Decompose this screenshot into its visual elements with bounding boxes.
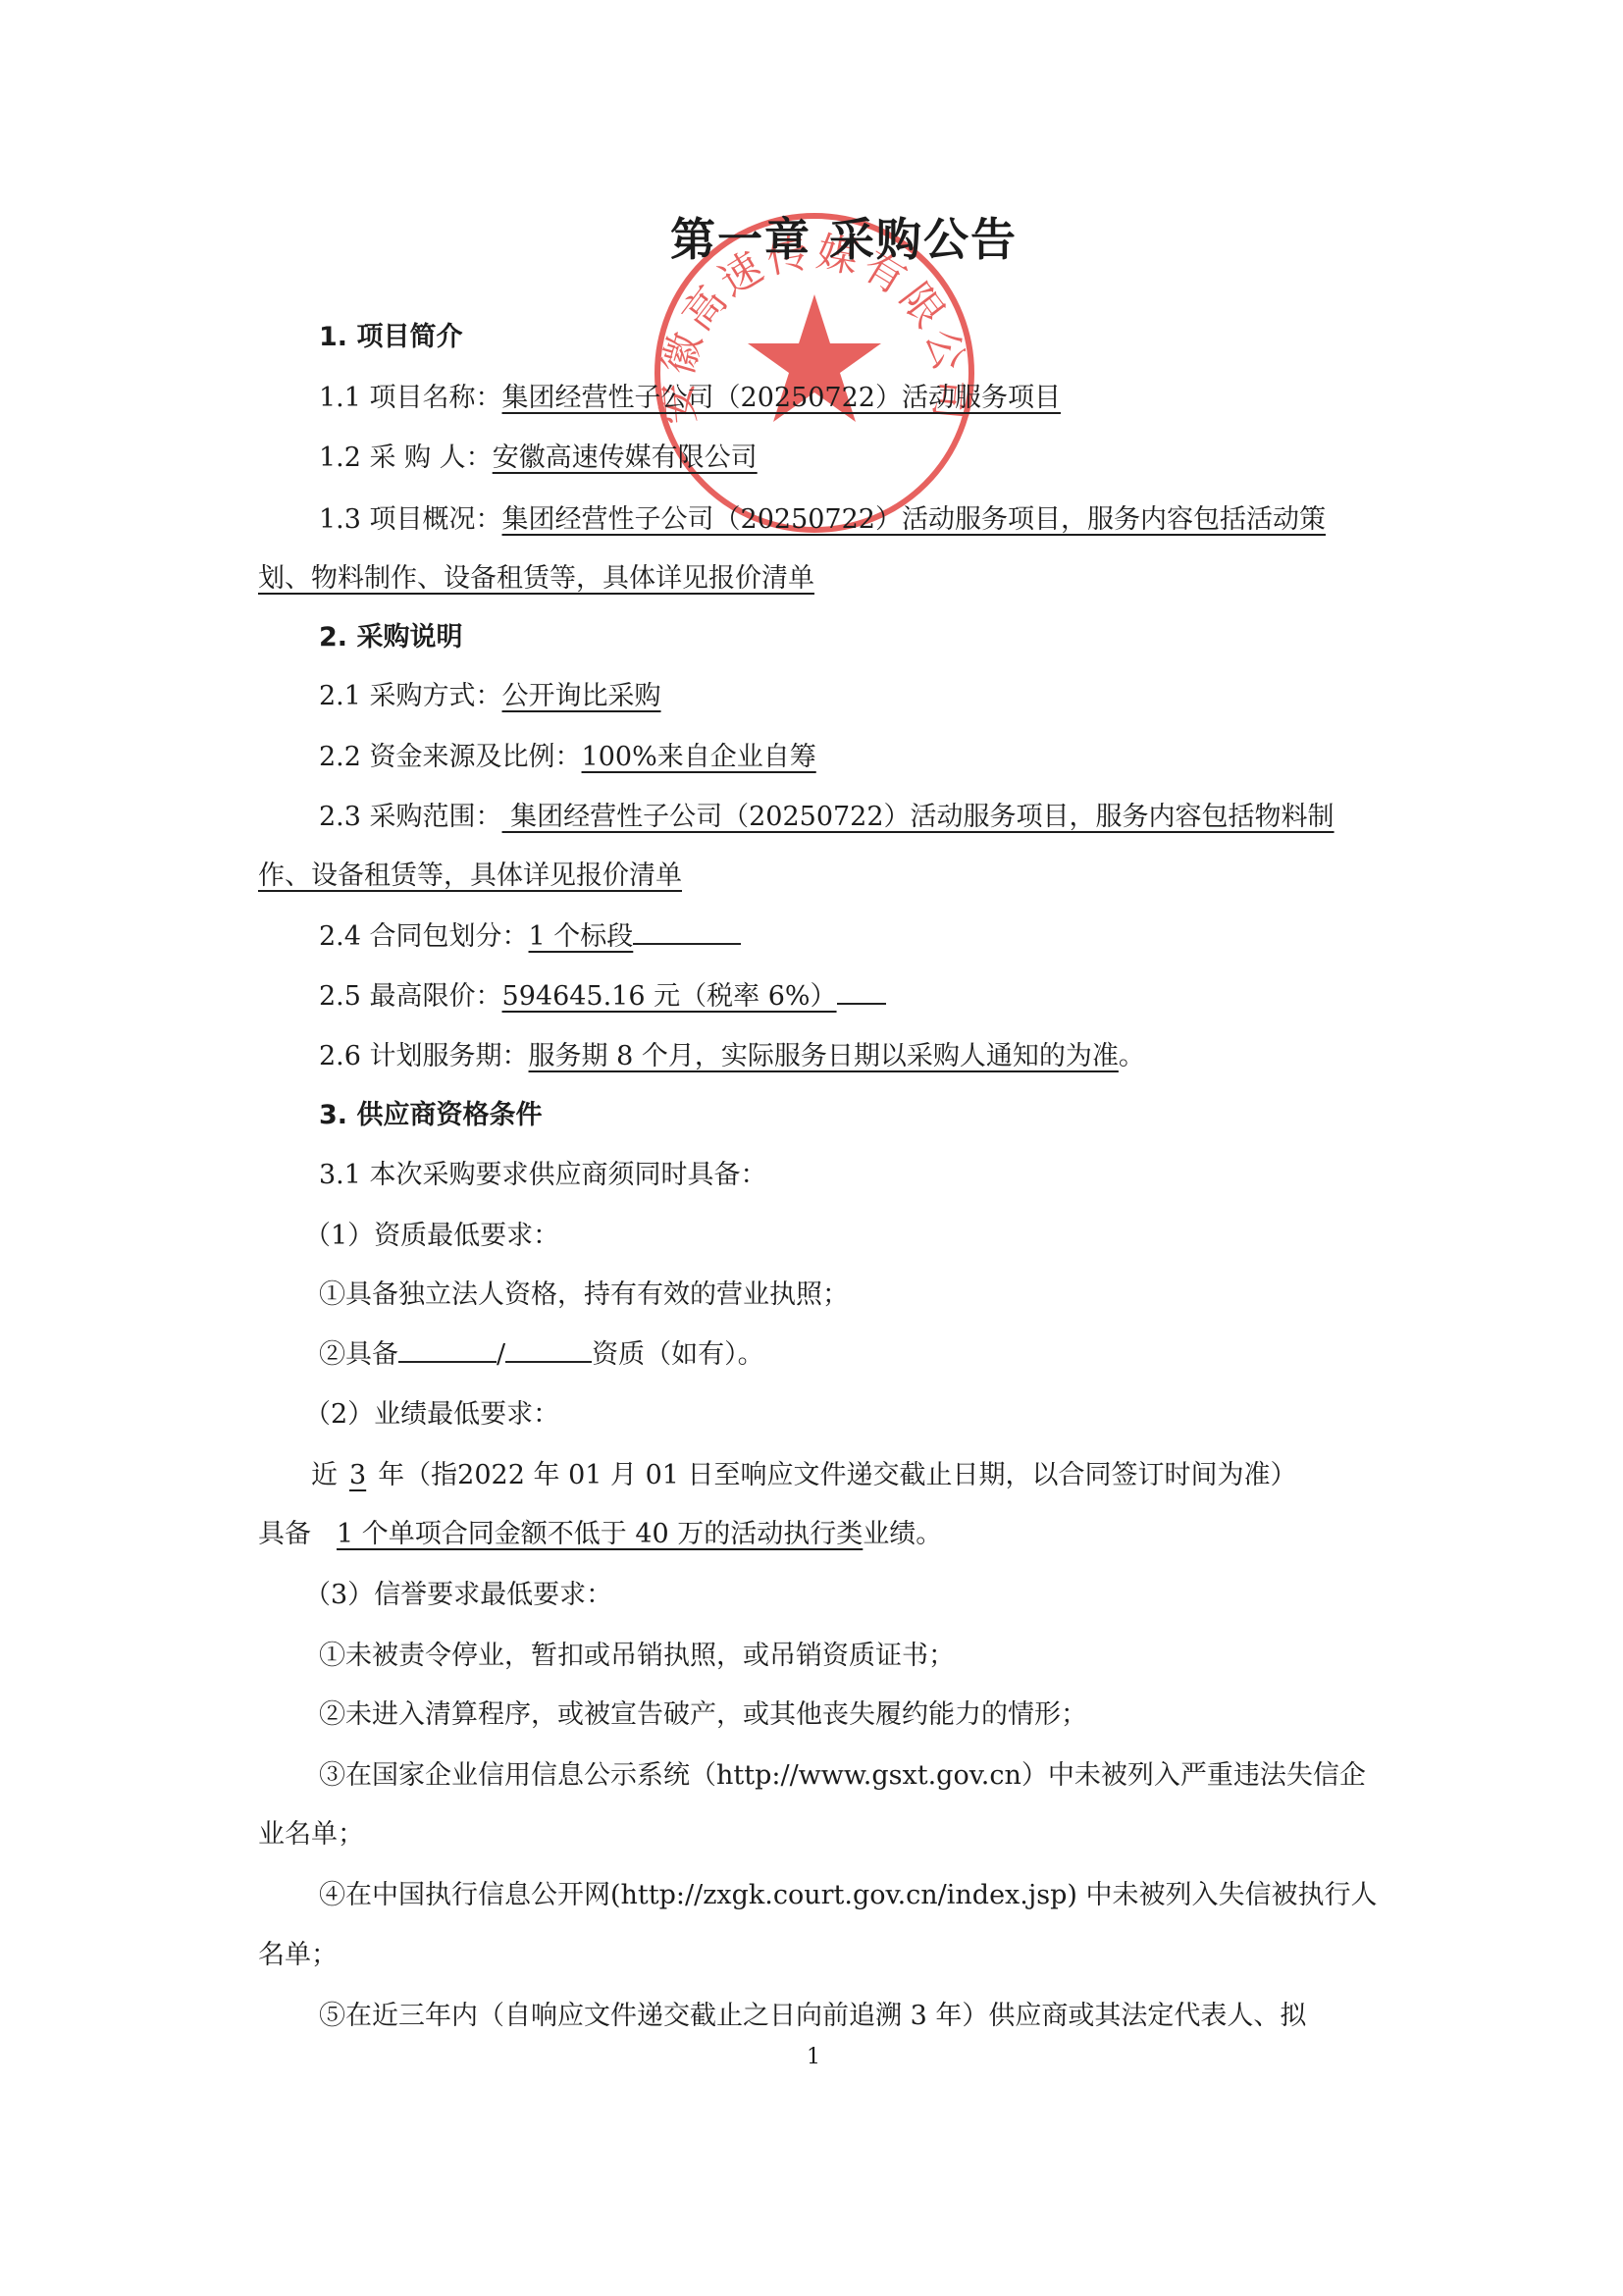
credit-item-2: ②未进入清算程序，或被宣告破产，或其他丧失履约能力的情形； [319,1696,1087,1735]
procurement-method-row: 2.1 采购方式：公开询比采购 [319,677,661,716]
project-name-value: 集团经营性子公司（20250722）活动服务项目 [502,383,1061,413]
performance-line-1: 近3年（指2022 年 01 月 01 日至响应文件递交截止日期，以合同签订时间… [311,1456,1297,1495]
procurement-scope-continuation: 作、设备租赁等，具体详见报价清单 [258,857,682,896]
field-label: 2.1 采购方式： [319,681,502,711]
purchaser-value: 安徽高速传媒有限公司 [493,443,758,473]
project-overview-continuation: 划、物料制作、设备租赁等，具体详见报价清单 [258,559,814,599]
project-overview-value: 集团经营性子公司（20250722）活动服务项目，服务内容包括活动策 [502,504,1326,535]
project-overview-row: 1.3 项目概况：集团经营性子公司（20250722）活动服务项目，服务内容包括… [319,500,1326,540]
page-number: 1 [807,2045,820,2069]
field-label: 1.2 采 购 人： [319,443,493,473]
purchaser-row: 1.2 采 购 人：安徽高速传媒有限公司 [319,439,758,478]
field-label: 2.6 计划服务期： [319,1041,529,1071]
procurement-method-value: 公开询比采购 [502,681,661,711]
qualification-item-1: ①具备独立法人资格，持有有效的营业执照； [319,1276,849,1315]
credit-item-5: ⑤在近三年内（自响应文件递交截止之日向前追溯 3 年）供应商或其法定代表人、拟 [319,1997,1306,2036]
procurement-scope-value: 集团经营性子公司（20250722）活动服务项目，服务内容包括物料制 [502,802,1335,832]
price-cap-value: 594645.16 元（税率 6%） [502,981,837,1012]
years-value: 3 [338,1460,378,1490]
funding-source-row: 2.2 资金来源及比例：100%来自企业自筹 [319,738,816,777]
performance-line-2: 具备1 个单项合同金额不低于 40 万的活动执行类业绩。 [258,1515,942,1554]
project-name-row: 1.1 项目名称：集团经营性子公司（20250722）活动服务项目 [319,379,1061,418]
section-3-heading: 3. 供应商资格条件 [319,1096,542,1135]
field-label: 2.5 最高限价： [319,981,502,1012]
section-1-heading: 1. 项目简介 [319,318,462,357]
service-period-value: 服务期 8 个月，实际服务日期以采购人通知的为准 [529,1041,1119,1071]
performance-heading: （2）业绩最低要求： [304,1395,559,1435]
credit-item-3-continuation: 业名单； [258,1815,364,1854]
page-title: 第一章 采购公告 [0,204,1623,269]
field-label: 2.2 资金来源及比例： [319,742,582,772]
price-cap-row: 2.5 最高限价：594645.16 元（税率 6%） [319,977,886,1017]
procurement-scope-row: 2.3 采购范围： 集团经营性子公司（20250722）活动服务项目，服务内容包… [319,798,1335,837]
performance-requirement-value: 1 个单项合同金额不低于 40 万的活动执行类 [311,1519,863,1549]
requirements-intro: 3.1 本次采购要求供应商须同时具备： [319,1156,767,1195]
lot-division-value: 1 个标段 [529,921,634,952]
qualification-heading: （1）资质最低要求： [304,1217,559,1256]
credit-item-4: ④在中国执行信息公开网(http://zxgk.court.gov.cn/ind… [319,1876,1377,1915]
credit-heading: （3）信誉要求最低要求： [304,1576,612,1615]
section-2-heading: 2. 采购说明 [319,618,462,657]
field-label: 2.4 合同包划分： [319,921,529,952]
lot-division-row: 2.4 合同包划分：1 个标段 [319,917,741,957]
field-label: 1.3 项目概况： [319,504,502,535]
qualification-item-2: ②具备/资质（如有）。 [319,1335,764,1375]
funding-source-value: 100%来自企业自筹 [582,742,816,772]
credit-item-3: ③在国家企业信用信息公示系统（http://www.gsxt.gov.cn）中未… [319,1756,1366,1796]
field-label: 2.3 采购范围： [319,802,502,832]
field-label: 1.1 项目名称： [319,383,502,413]
credit-item-1: ①未被责令停业，暂扣或吊销执照，或吊销资质证书； [319,1637,955,1676]
service-period-row: 2.6 计划服务期：服务期 8 个月，实际服务日期以采购人通知的为准。 [319,1037,1145,1076]
credit-item-4-continuation: 名单； [258,1936,338,1975]
